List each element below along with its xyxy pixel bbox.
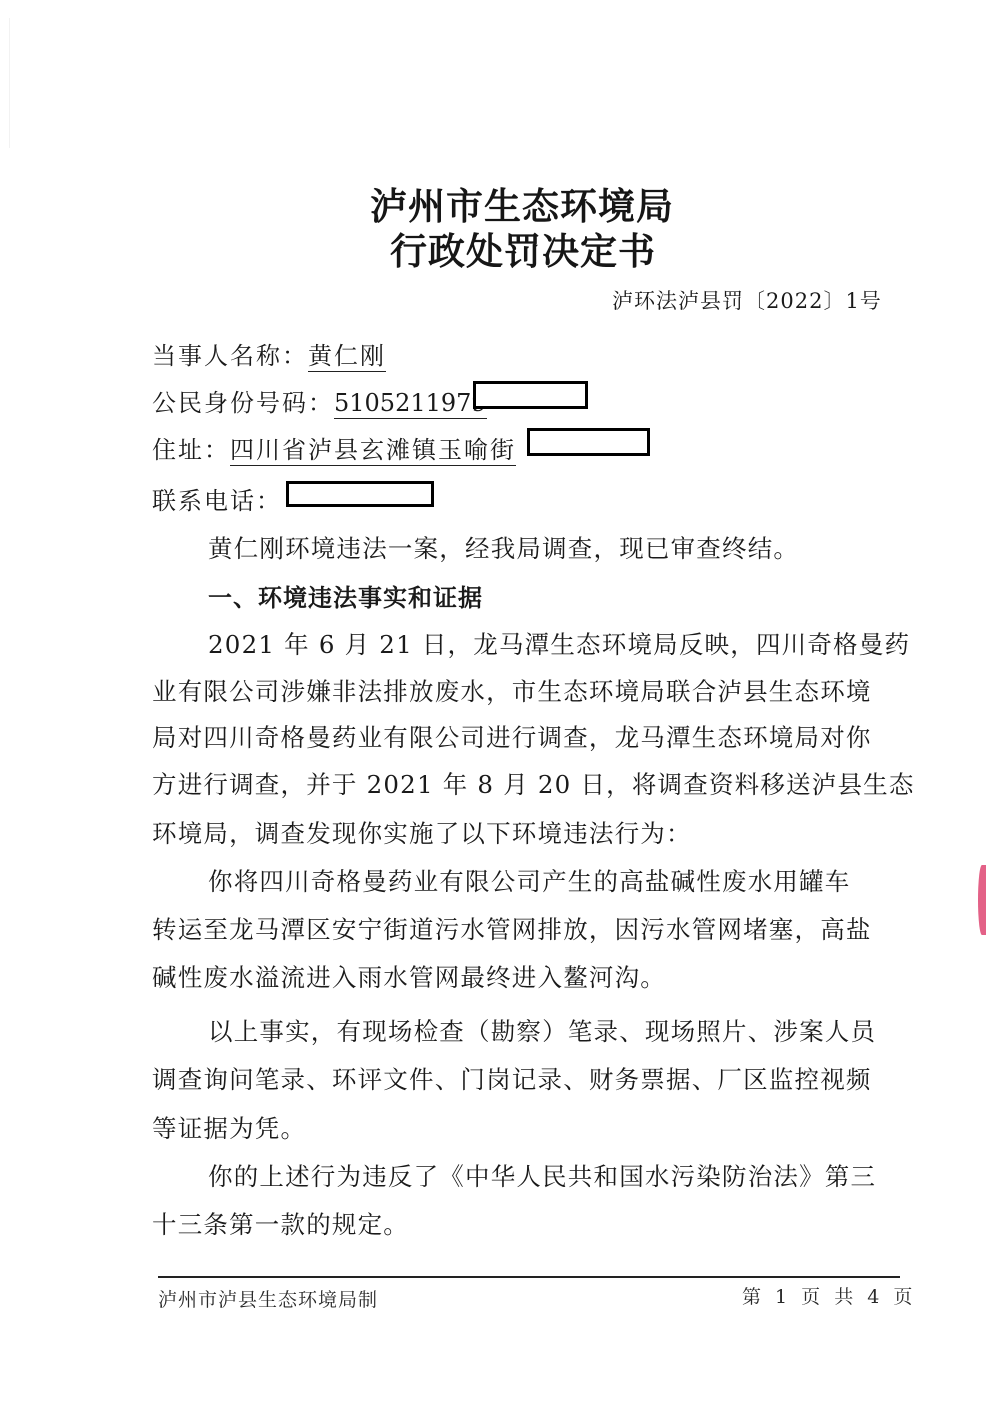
paragraph-line: 等证据为凭。 <box>152 1110 306 1145</box>
paragraph-line: 你的上述行为违反了《中华人民共和国水污染防治法》第三 <box>208 1158 876 1193</box>
paragraph-line: 转运至龙马潭区安宁街道污水管网排放，因污水管网堵塞，高盐 <box>152 911 872 946</box>
paragraph-line: 以上事实，有现场检查（勘察）笔录、现场照片、涉案人员 <box>208 1013 876 1048</box>
address-redaction-box <box>527 428 650 456</box>
document-number: 泸环法泸县罚〔2022〕1号 <box>612 285 882 315</box>
paragraph-line: 2021 年 6 月 21 日，龙马潭生态环境局反映，四川奇格曼药 <box>208 626 910 661</box>
intro-paragraph: 黄仁刚环境违法一案，经我局调查，现已审查终结。 <box>208 530 799 565</box>
party-name-label: 当事人名称： <box>152 342 308 370</box>
footer-page-info: 第 1 页 共 4 页 <box>742 1282 916 1309</box>
id-redaction-box <box>473 381 588 409</box>
paragraph-line: 业有限公司涉嫌非法排放废水，市生态环境局联合泸县生态环境 <box>152 673 872 708</box>
official-seal-fragment <box>978 865 986 935</box>
paragraph-line: 你将四川奇格曼药业有限公司产生的高盐碱性废水用罐车 <box>208 863 851 898</box>
title-line-2: 行政处罚决定书 <box>390 221 656 275</box>
party-address-label: 住址： <box>152 436 230 464</box>
party-phone-label: 联系电话： <box>152 487 282 515</box>
party-name-value: 黄仁刚 <box>308 342 386 372</box>
phone-redaction-box <box>286 481 434 507</box>
paragraph-line: 环境局，调查发现你实施了以下环境违法行为： <box>152 815 692 850</box>
party-name-row: 当事人名称：黄仁刚 <box>152 336 386 371</box>
party-address-value: 四川省泸县玄滩镇玉喻街 <box>230 436 516 466</box>
party-id-row: 公民身份号码：5105211979 <box>152 383 487 418</box>
party-id-label: 公民身份号码： <box>152 389 334 417</box>
footer-divider <box>158 1276 900 1278</box>
section-heading-1: 一、环境违法事实和证据 <box>208 578 483 613</box>
paragraph-line: 调查询问笔录、环评文件、门岗记录、财务票据、厂区监控视频 <box>152 1061 872 1096</box>
party-id-value: 5105211979 <box>334 389 487 419</box>
paragraph-line: 局对四川奇格曼药业有限公司进行调查，龙马潭生态环境局对你 <box>152 719 872 754</box>
footer-issuer: 泸州市泸县生态环境局制 <box>158 1285 378 1312</box>
party-phone-row: 联系电话： <box>152 481 282 516</box>
party-address-row: 住址：四川省泸县玄滩镇玉喻街 <box>152 430 516 465</box>
paragraph-line: 碱性废水溢流进入雨水管网最终进入鳌河沟。 <box>152 959 666 994</box>
scan-artifact <box>9 18 10 148</box>
paragraph-line: 十三条第一款的规定。 <box>152 1206 409 1241</box>
paragraph-line: 方进行调查，并于 2021 年 8 月 20 日，将调查资料移送泸县生态 <box>152 766 915 801</box>
